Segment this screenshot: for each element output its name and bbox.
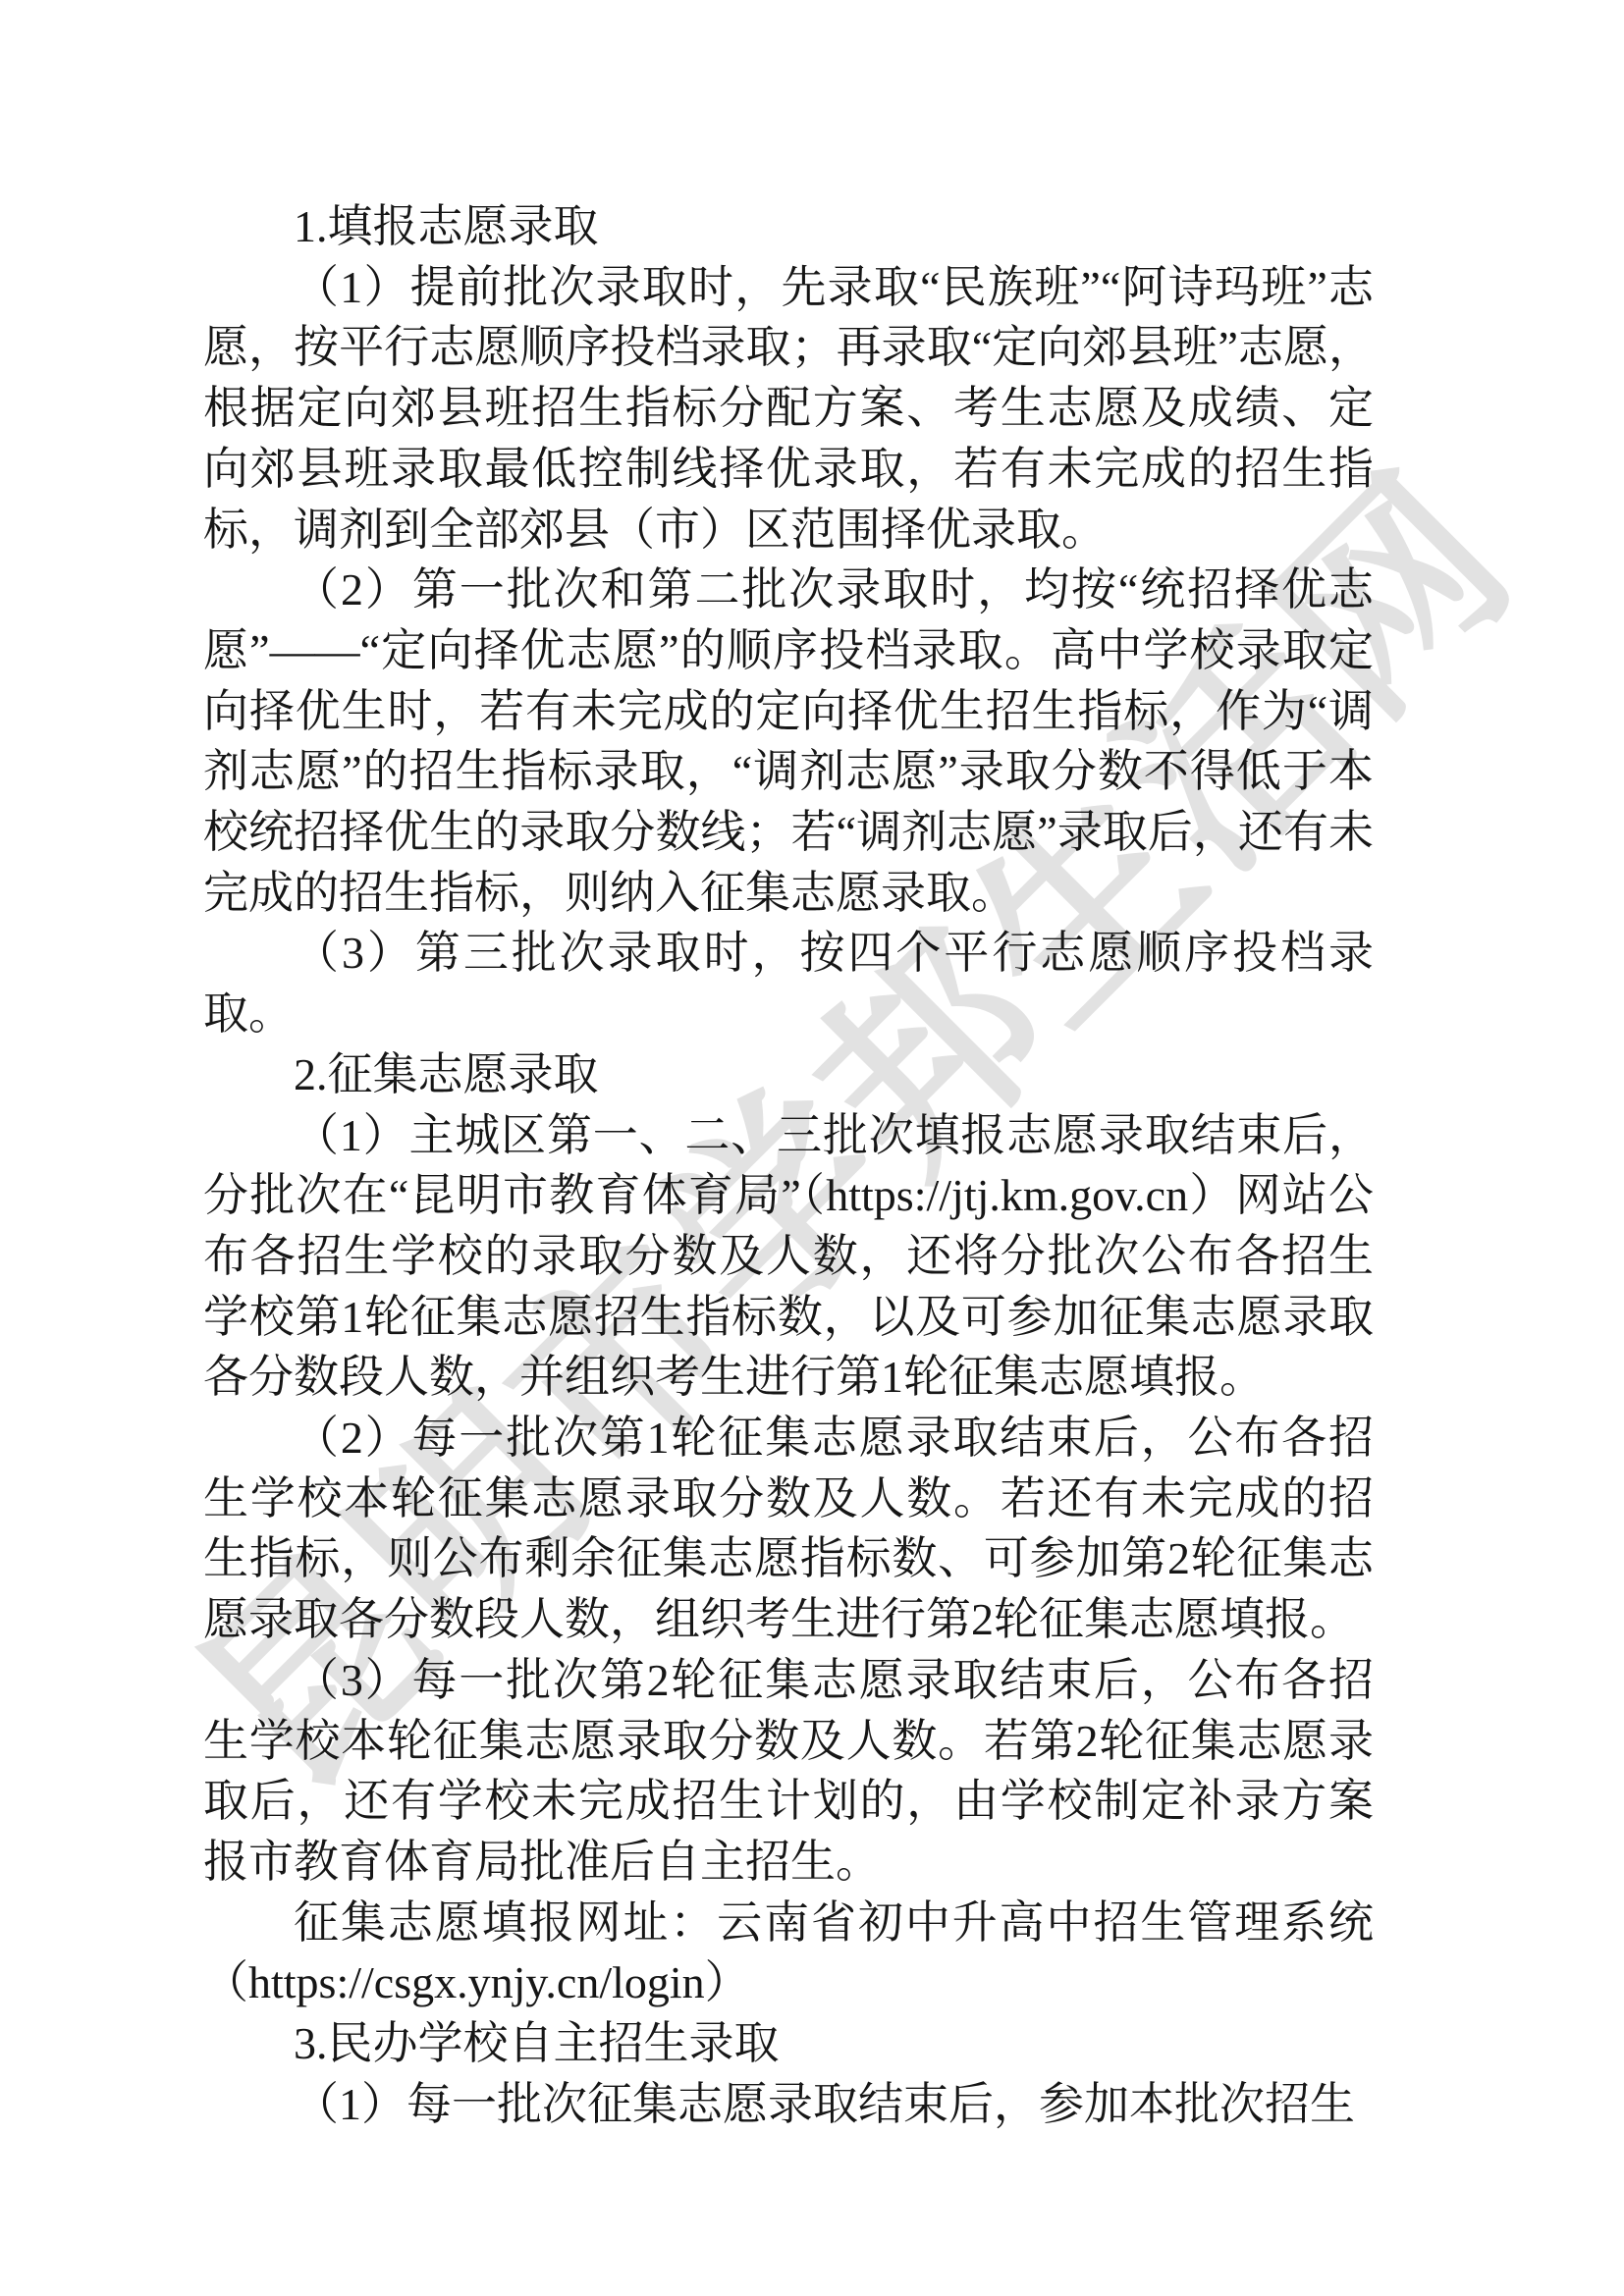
paragraph-2-2: （2）每一批次第1轮征集志愿录取结束后，公布各招生学校本轮征集志愿录取分数及人数… bbox=[203, 1408, 1374, 1650]
paragraph-1-2: （2）第一批次和第二批次录取时，均按“统招择优志愿”——“定向择优志愿”的顺序投… bbox=[203, 560, 1374, 923]
paragraph-1-1: （1）提前批次录取时，先录取“民族班”“阿诗玛班”志愿，按平行志愿顺序投档录取；… bbox=[203, 257, 1374, 561]
section-heading-2: 2.征集志愿录取 bbox=[203, 1044, 1374, 1105]
section-heading-3: 3.民办学校自主招生录取 bbox=[203, 2013, 1374, 2074]
document-body: 1.填报志愿录取 （1）提前批次录取时，先录取“民族班”“阿诗玛班”志愿，按平行… bbox=[203, 196, 1374, 2135]
paragraph-2-1: （1）主城区第一、二、三批次填报志愿录取结束后，分批次在“昆明市教育体育局”（h… bbox=[203, 1105, 1374, 1409]
section-heading-1: 1.填报志愿录取 bbox=[203, 196, 1374, 257]
paragraph-2-3: （3）每一批次第2轮征集志愿录取结束后，公布各招生学校本轮征集志愿录取分数及人数… bbox=[203, 1650, 1374, 1893]
paragraph-1-3: （3）第三批次录取时，按四个平行志愿顺序投档录取。 bbox=[203, 923, 1374, 1043]
paragraph-2-website: 征集志愿填报网址：云南省初中升高中招生管理系统（https://csgx.ynj… bbox=[203, 1893, 1374, 2013]
paragraph-3-1: （1）每一批次征集志愿录取结束后，参加本批次招生 bbox=[203, 2074, 1374, 2135]
document-page: 昆明市学邦生活网 1.填报志愿录取 （1）提前批次录取时，先录取“民族班”“阿诗… bbox=[0, 0, 1624, 2296]
